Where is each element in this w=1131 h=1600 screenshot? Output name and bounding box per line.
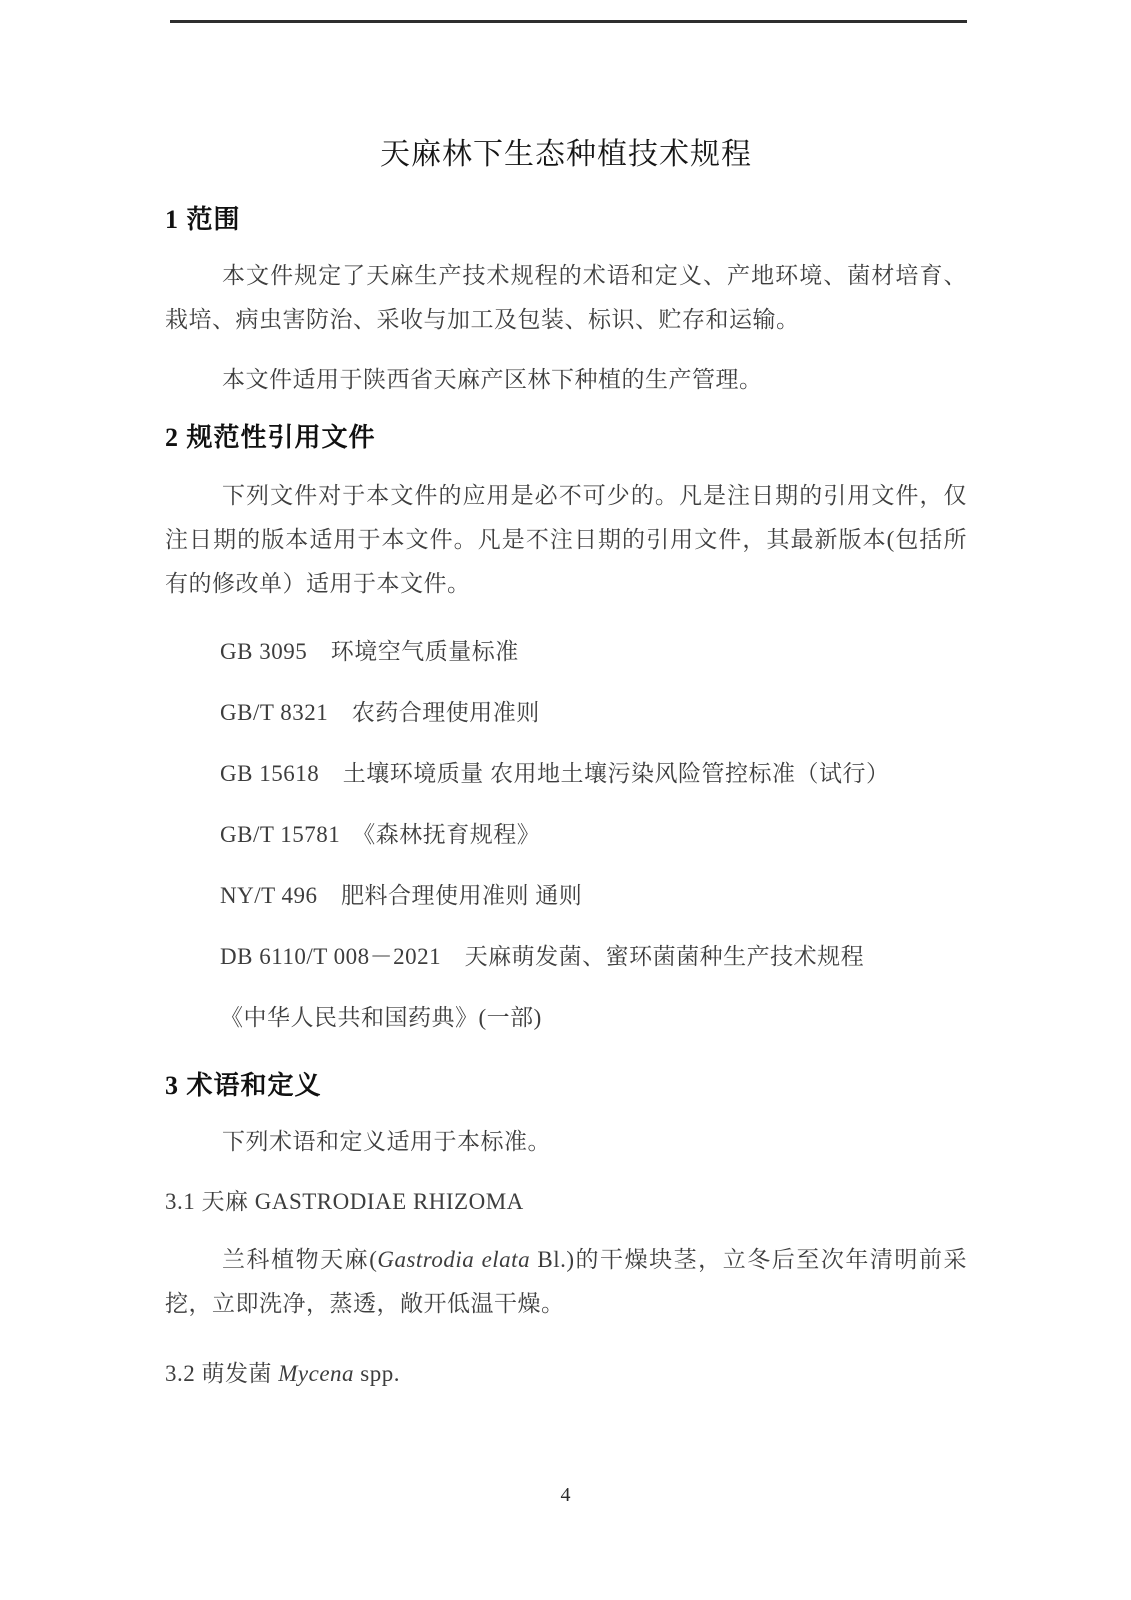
terms-intro: 下列术语和定义适用于本标准。 <box>165 1120 967 1164</box>
latin-name-italic: Mycena <box>278 1361 354 1386</box>
section-2-heading: 2 规范性引用文件 <box>165 418 967 458</box>
definition-text: 兰科植物天麻( <box>222 1247 377 1272</box>
reference-item: DB 6110/T 008－2021 天麻萌发菌、蜜环菌菌种生产技术规程 <box>165 935 967 979</box>
reference-list: GB 3095 环境空气质量标准 GB/T 8321 农药合理使用准则 GB 1… <box>165 630 967 1040</box>
header-rule <box>170 20 967 23</box>
page-number: 4 <box>0 1482 1131 1508</box>
term-text: spp. <box>354 1361 400 1386</box>
latin-name-italic: Gastrodia elata <box>377 1247 530 1272</box>
term-text: 3.2 萌发菌 <box>165 1361 278 1386</box>
term-3-1-definition: 兰科植物天麻(Gastrodia elata Bl.)的干燥块茎，立冬后至次年清… <box>165 1238 967 1326</box>
scope-paragraph-1: 本文件规定了天麻生产技术规程的术语和定义、产地环境、菌材培育、栽培、病虫害防治、… <box>165 254 967 342</box>
section-1-heading: 1 范围 <box>165 200 967 240</box>
reference-item: GB/T 8321 农药合理使用准则 <box>165 691 967 735</box>
scope-paragraph-2: 本文件适用于陕西省天麻产区林下种植的生产管理。 <box>165 358 967 402</box>
document-title: 天麻林下生态种植技术规程 <box>165 130 967 180</box>
section-3-heading: 3 术语和定义 <box>165 1066 967 1106</box>
term-3-2-label: 3.2 萌发菌 Mycena spp. <box>165 1352 967 1396</box>
normative-references-intro: 下列文件对于本文件的应用是必不可少的。凡是注日期的引用文件，仅注日期的版本适用于… <box>165 474 967 606</box>
reference-item: GB/T 15781 《森林抚育规程》 <box>165 813 967 857</box>
document-page: 天麻林下生态种植技术规程 1 范围 本文件规定了天麻生产技术规程的术语和定义、产… <box>0 0 1131 1600</box>
reference-item: 《中华人民共和国药典》(一部) <box>165 996 967 1040</box>
reference-item: GB 3095 环境空气质量标准 <box>165 630 967 674</box>
reference-item: NY/T 496 肥料合理使用准则 通则 <box>165 874 967 918</box>
reference-item: GB 15618 土壤环境质量 农用地土壤污染风险管控标准（试行） <box>165 752 967 796</box>
term-3-1-label: 3.1 天麻 GASTRODIAE RHIZOMA <box>165 1180 967 1224</box>
document-content: 天麻林下生态种植技术规程 1 范围 本文件规定了天麻生产技术规程的术语和定义、产… <box>165 130 967 1396</box>
